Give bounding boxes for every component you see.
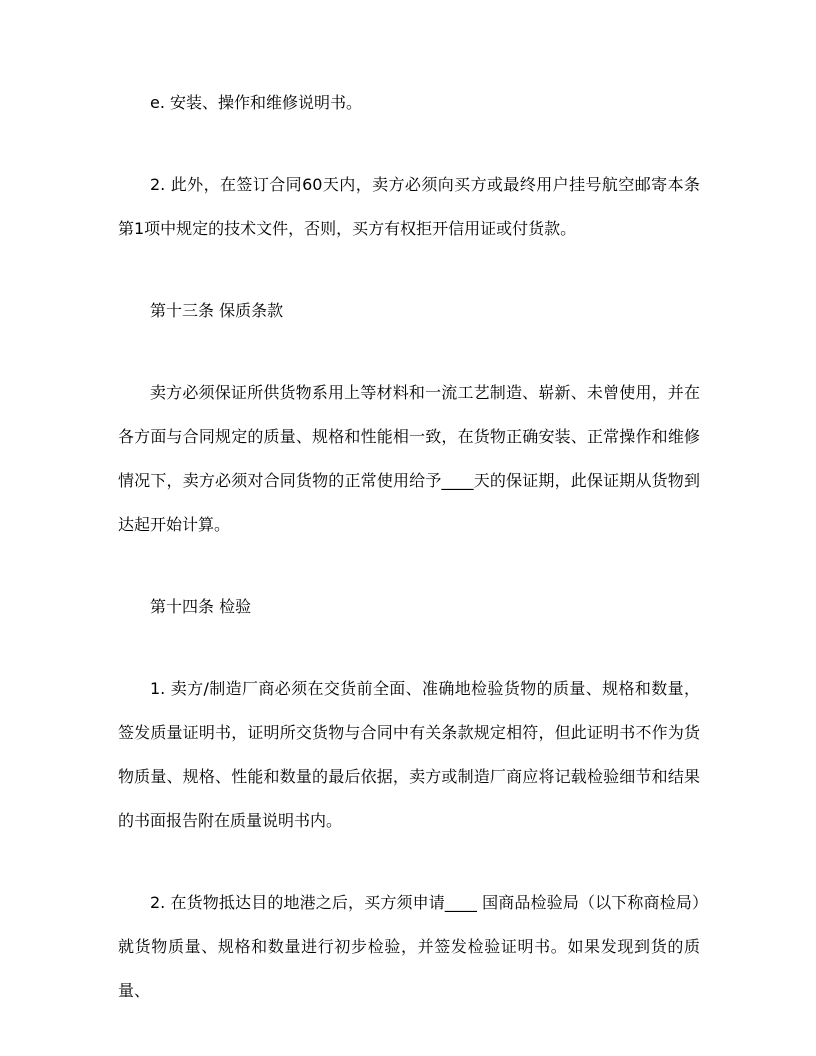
paragraph-inspection-1: 1. 卖方/制造厂商必须在交货前全面、准确地检验货物的质量、规格和数量，签发质量… xyxy=(118,667,700,843)
heading-article-14: 第十四条 检验 xyxy=(118,585,700,629)
paragraph-quality-guarantee: 卖方必须保证所供货物系用上等材料和一流工艺制造、崭新、未曾使用，并在各方面与合同… xyxy=(118,371,700,547)
contract-document-page: e. 安装、操作和维修说明书。 2. 此外，在签订合同60天内，卖方必须向买方或… xyxy=(0,0,816,1056)
heading-article-13: 第十三条 保质条款 xyxy=(118,289,700,333)
paragraph-technical-documents: 2. 此外，在签订合同60天内，卖方必须向买方或最终用户挂号航空邮寄本条第1项中… xyxy=(118,163,700,251)
clause-list-item-e: e. 安装、操作和维修说明书。 xyxy=(118,81,700,125)
paragraph-inspection-2: 2. 在货物抵达目的地港之后，买方须申请____ 国商品检验局（以下称商检局）就… xyxy=(118,881,700,1013)
